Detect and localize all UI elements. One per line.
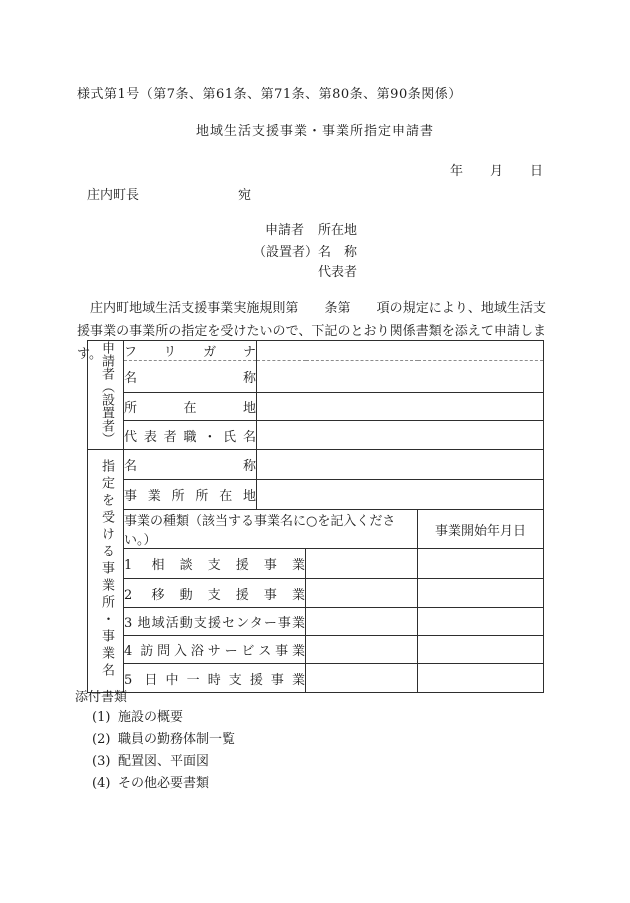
- date-year-label: 年: [450, 164, 463, 179]
- attachment-number: (2): [92, 732, 118, 747]
- business-start-date-cell: [418, 549, 544, 579]
- application-form-page: 様式第1号（第7条、第61条、第71条、第80条、第90条関係） 地域生活支援事…: [0, 0, 630, 903]
- business-mark-cell: [306, 608, 418, 636]
- attachment-number: (3): [92, 754, 118, 769]
- business-type-label-cell: 4 訪問入浴サービス事業: [124, 636, 306, 664]
- applicant-representative-field-label: 代表者: [318, 261, 357, 280]
- addressee-name: 庄内町長: [87, 188, 139, 203]
- business-start-date-cell: [418, 579, 544, 608]
- addressee-suffix: 宛: [238, 184, 251, 203]
- applicant-name-field-label: 名 称: [318, 241, 357, 260]
- table-row: 指定を受ける事業所・事業名 名称: [88, 450, 544, 480]
- office-group-label: 指定を受ける事業所・事業名: [98, 459, 113, 680]
- business-mark-cell: [306, 579, 418, 608]
- business-type-label-cell: 5 日中一時支援事業: [124, 664, 306, 693]
- office-name-value-cell: [257, 450, 544, 480]
- office-name-label-cell: 名称: [124, 450, 257, 480]
- attachment-text: 施設の概要: [118, 710, 183, 725]
- business-type-row: 5 日中一時支援事業: [88, 664, 544, 693]
- applicant-address-value-cell: [257, 393, 544, 421]
- table-row: 名称: [88, 361, 544, 393]
- office-address-label-cell: 事業所所在地: [124, 480, 257, 510]
- business-no: 2: [124, 588, 132, 603]
- date-month-label: 月: [490, 164, 503, 179]
- representative-value-cell: [257, 421, 544, 450]
- addressee-line: 庄内町長 宛: [87, 184, 139, 203]
- attachments-list: (1)施設の概要 (2)職員の勤務体制一覧 (3)配置図、平面図 (4)その他必…: [92, 706, 235, 794]
- business-no: 4: [124, 644, 132, 659]
- business-type-header-cell: 事業の種類（該当する事業名に○を記入ください。）: [124, 510, 418, 549]
- applicant-name-label-cell: 名称: [124, 361, 257, 393]
- attachment-item: (4)その他必要書類: [92, 772, 235, 794]
- table-row: 所在地: [88, 393, 544, 421]
- table-row: 事業所所在地: [88, 480, 544, 510]
- attachment-text: 配置図、平面図: [118, 754, 209, 769]
- table-row: 代表者職・氏名: [88, 421, 544, 450]
- representative-label-cell: 代表者職・氏名: [124, 421, 257, 450]
- applicant-address-label-cell: 所在地: [124, 393, 257, 421]
- attachment-text: その他必要書類: [118, 776, 209, 791]
- furigana-value-cell: [257, 341, 544, 361]
- business-type-row: 4 訪問入浴サービス事業: [88, 636, 544, 664]
- date-day-label: 日: [530, 164, 543, 179]
- page-title: 地域生活支援事業・事業所指定申請書: [0, 120, 630, 139]
- business-type-row: 1 相談支援事業: [88, 549, 544, 579]
- attachment-number: (4): [92, 776, 118, 791]
- attachment-number: (1): [92, 710, 118, 725]
- attachment-item: (2)職員の勤務体制一覧: [92, 728, 235, 750]
- form-number-line: 様式第1号（第7条、第61条、第71条、第80条、第90条関係）: [77, 83, 462, 102]
- table-row: 事業の種類（該当する事業名に○を記入ください。） 事業開始年月日: [88, 510, 544, 549]
- business-mark-cell: [306, 549, 418, 579]
- business-name: 相談支援事業: [152, 558, 305, 573]
- applicant-group-label: 申請者（設置者）: [98, 341, 113, 445]
- business-mark-cell: [306, 664, 418, 693]
- business-type-row: 3 地域活動支援センター事業: [88, 608, 544, 636]
- business-type-label-cell: 1 相談支援事業: [124, 549, 306, 579]
- applicant-group-header-cell: 申請者（設置者）: [88, 341, 124, 450]
- date-line: 年月日: [450, 160, 543, 179]
- business-no: 1: [124, 558, 132, 573]
- business-mark-cell: [306, 636, 418, 664]
- attachment-text: 職員の勤務体制一覧: [118, 732, 235, 747]
- application-table: 申請者（設置者） フリガナ 名称 所在地 代表者職・氏名 指定を受ける事業所・事…: [87, 340, 544, 693]
- business-type-label-cell: 3 地域活動支援センター事業: [124, 608, 306, 636]
- attachment-item: (1)施設の概要: [92, 706, 235, 728]
- business-start-date-cell: [418, 664, 544, 693]
- business-name: 移動支援事業: [152, 588, 305, 603]
- applicant-name-value-cell: [257, 361, 544, 393]
- business-name: 日中一時支援事業: [144, 673, 305, 688]
- applicant-label: 申請者: [265, 219, 304, 238]
- business-no: 3: [124, 616, 132, 631]
- business-type-row: 2 移動支援事業: [88, 579, 544, 608]
- office-address-value-cell: [257, 480, 544, 510]
- business-start-date-cell: [418, 608, 544, 636]
- business-start-date-cell: [418, 636, 544, 664]
- business-name: 地域活動支援センター事業: [138, 616, 305, 631]
- installer-label: （設置者）: [253, 241, 318, 260]
- applicant-address-field-label: 所在地: [318, 219, 357, 238]
- attachments-heading: 添付書類: [75, 686, 127, 705]
- attachment-item: (3)配置図、平面図: [92, 750, 235, 772]
- table-row: 申請者（設置者） フリガナ: [88, 341, 544, 361]
- business-name: 訪問入浴サービス事業: [140, 644, 305, 659]
- furigana-label-cell: フリガナ: [124, 341, 257, 361]
- business-type-label-cell: 2 移動支援事業: [124, 579, 306, 608]
- office-group-header-cell: 指定を受ける事業所・事業名: [88, 450, 124, 693]
- start-date-header-cell: 事業開始年月日: [418, 510, 544, 549]
